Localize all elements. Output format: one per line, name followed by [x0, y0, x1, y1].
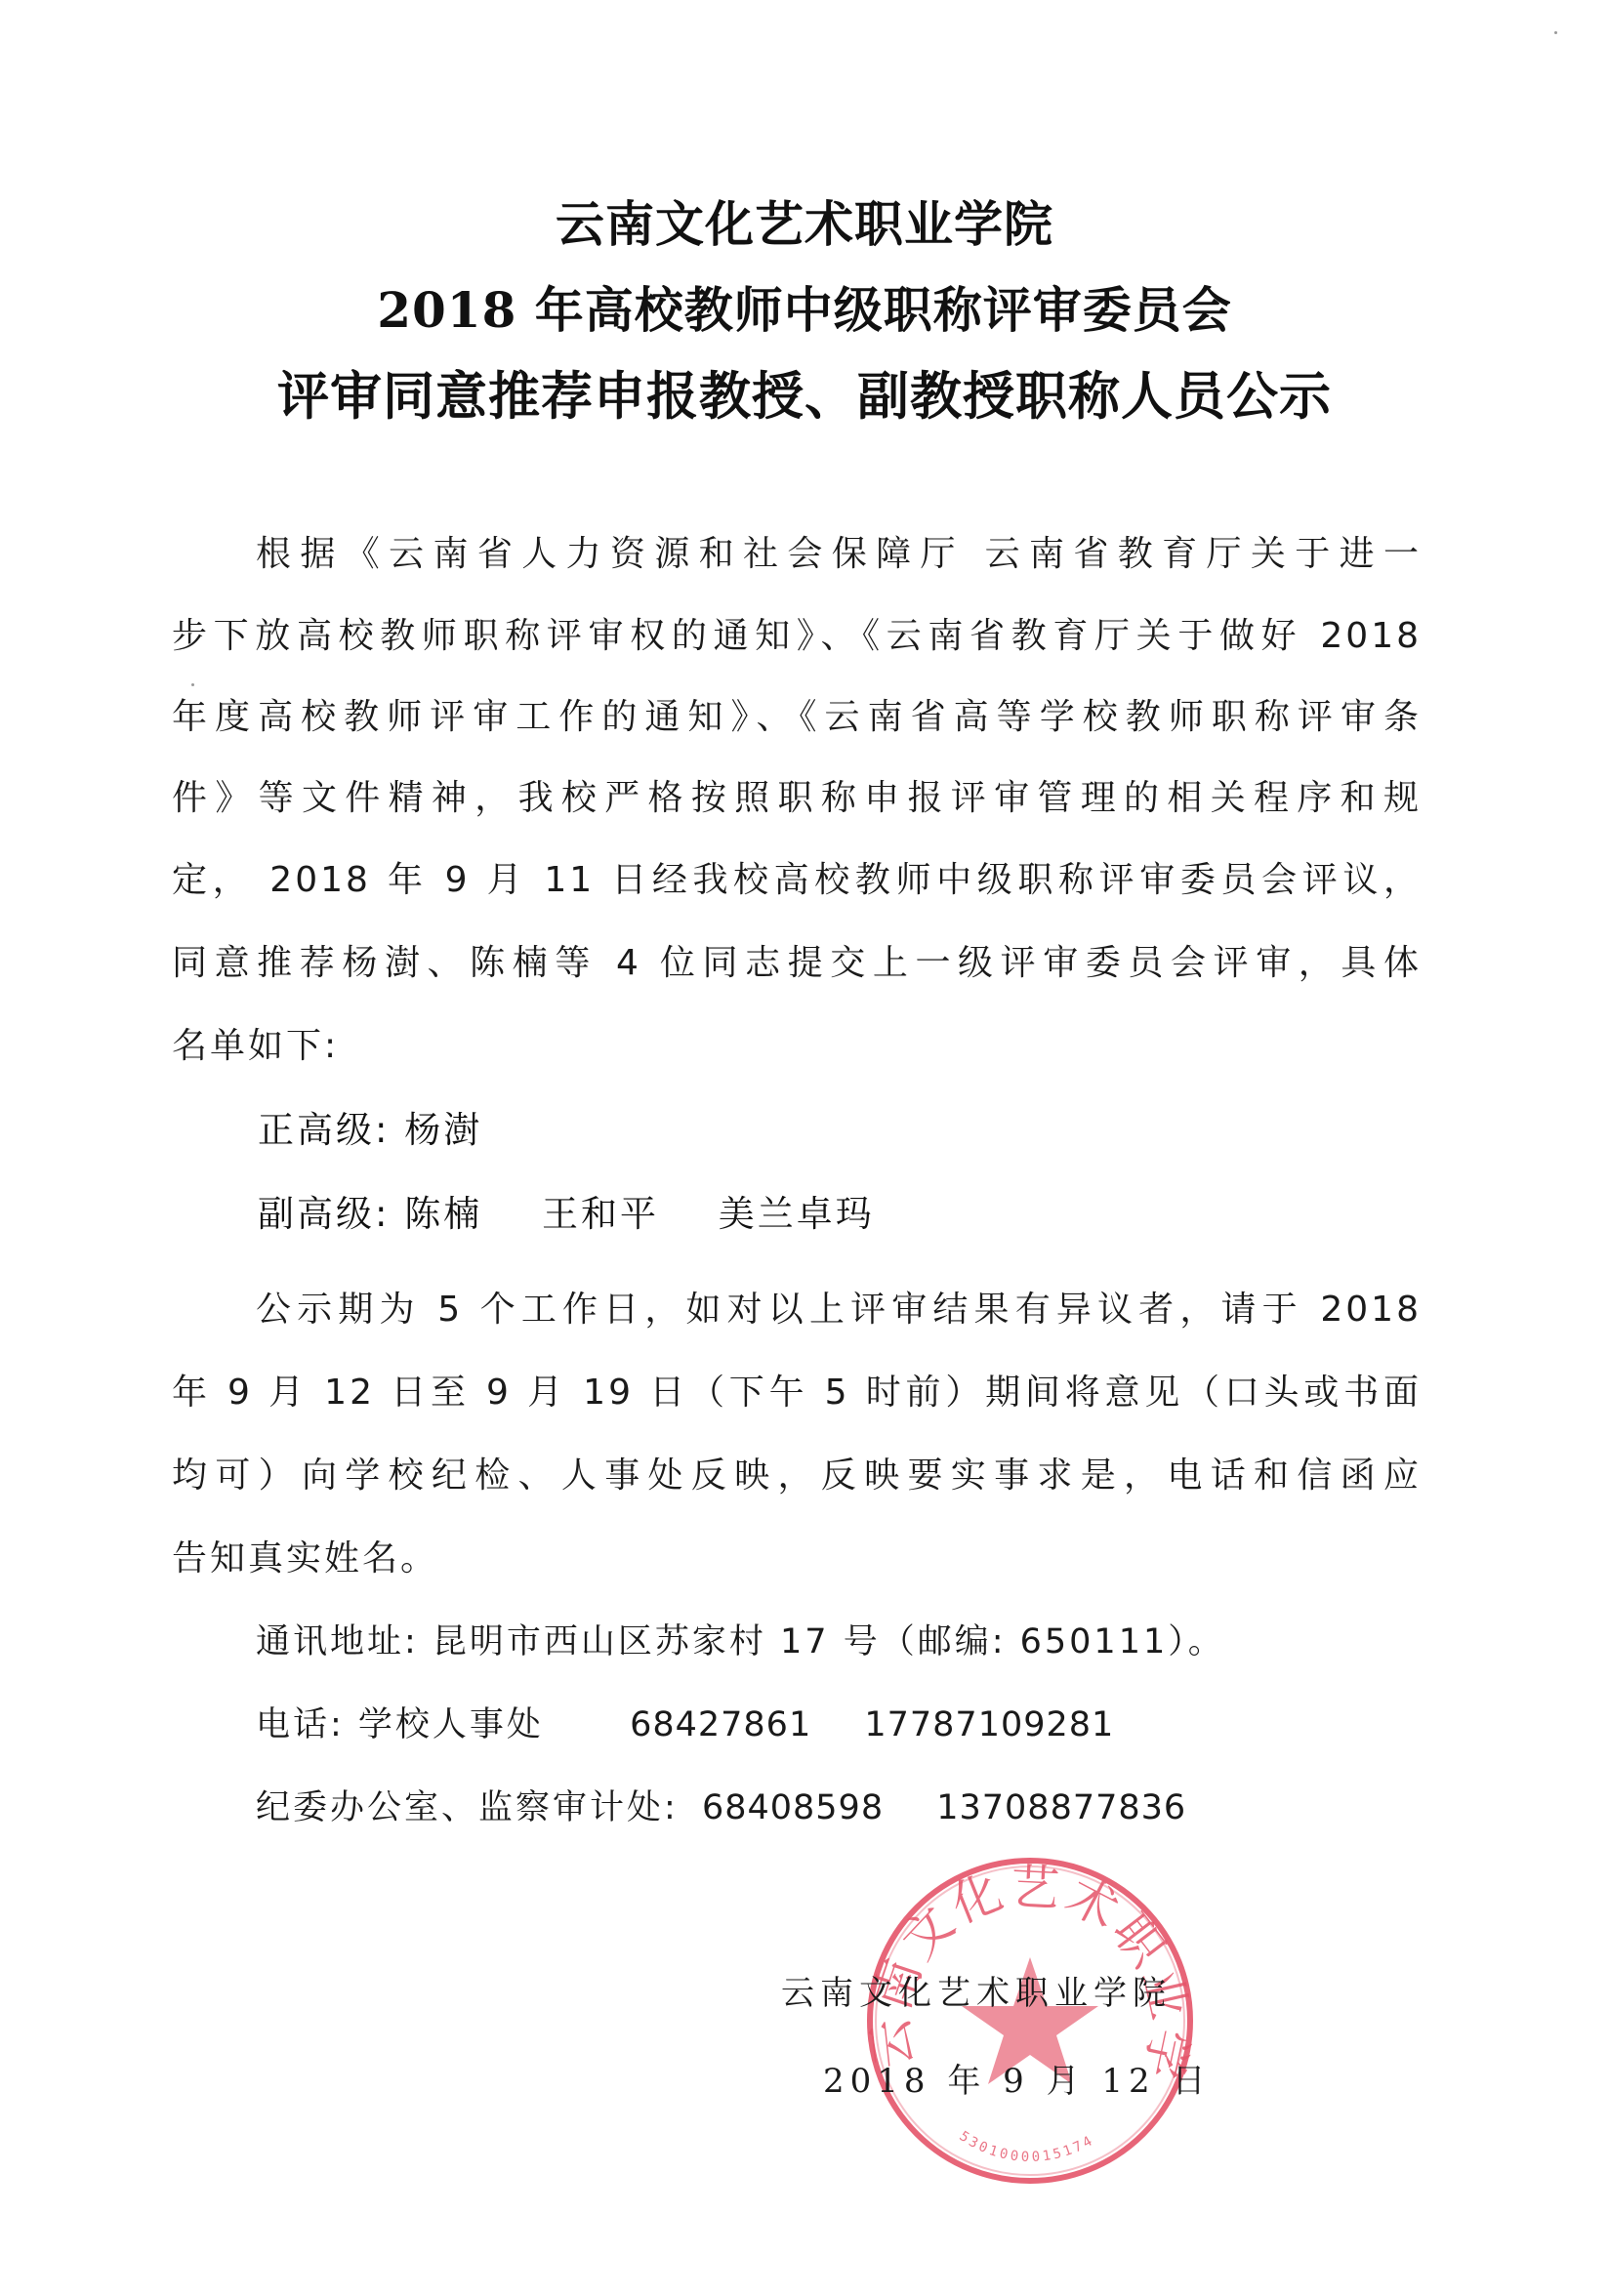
nominee-name: 陈楠	[404, 1193, 482, 1235]
phone-discipline-label: 纪委办公室、监察审计处:	[256, 1788, 679, 1827]
signature-date: 2018 年 9 月 12 日	[823, 2060, 1211, 2103]
seal-bottom-code: 5301000015174	[957, 2128, 1098, 2165]
senior-names: 杨澍	[404, 1109, 527, 1151]
phone-hr-label: 电话: 学校人事处	[256, 1705, 544, 1744]
paragraph2-line-1: 公示期为 5 个工作日，如对以上评审结果有异议者，请于 2018	[256, 1289, 1422, 1332]
contact-phone-hr: 电话: 学校人事处 68427861 17787109281	[256, 1703, 1114, 1746]
nominee-name: 杨澍	[404, 1109, 482, 1151]
associate-names: 陈楠 王和平 美兰卓玛	[404, 1193, 920, 1235]
contact-phone-discipline: 纪委办公室、监察审计处: 68408598 13708877836	[256, 1786, 1186, 1829]
paragraph1-line-5: 定， 2018 年 9 月 11 日经我校高校教师中级职称评审委员会评议，	[172, 859, 1422, 902]
paragraph1-line-2: 步下放高校教师职称评审权的通知》、《云南省教育厅关于做好 2018	[172, 615, 1422, 658]
scan-speck	[1554, 31, 1557, 34]
paragraph1-line-1: 根据《云南省人力资源和社会保障厅 云南省教育厅关于进一	[256, 533, 1422, 576]
phone-number: 68408598	[702, 1788, 884, 1827]
paragraph2-line-4: 告知真实姓名。	[172, 1537, 1422, 1580]
title-line-1: 云南文化艺术职业学院	[0, 195, 1609, 254]
phone-number: 17787109281	[864, 1705, 1114, 1744]
paragraph1-line-4: 件》等文件精神，我校严格按照职称申报评审管理的相关程序和规	[172, 777, 1422, 820]
phone-number: 68427861	[630, 1705, 811, 1744]
scan-speck	[191, 683, 194, 686]
signature-organization: 云南文化艺术职业学院	[781, 1972, 1172, 2015]
paragraph2-line-2: 年 9 月 12 日至 9 月 19 日（下午 5 时前）期间将意见（口头或书面	[172, 1372, 1422, 1414]
paragraph2-line-3: 均可）向学校纪检、人事处反映，反映要实事求是，电话和信函应	[172, 1455, 1422, 1497]
senior-label: 正高级:	[258, 1109, 390, 1151]
paragraph1-line-3: 年度高校教师评审工作的通知》、《云南省高等学校教师职称评审条	[172, 696, 1422, 739]
official-seal-stamp: 云南文化艺术职业学院 5301000015174	[859, 1850, 1201, 2192]
paragraph1-line-7: 名单如下:	[172, 1025, 1422, 1068]
phone-number: 13708877836	[936, 1788, 1186, 1827]
paragraph1-line-6: 同意推荐杨澍、陈楠等 4 位同志提交上一级评审委员会评审，具体	[172, 942, 1422, 985]
title-line-3: 评审同意推荐申报教授、副教授职称人员公示	[0, 367, 1609, 426]
contact-address: 通讯地址: 昆明市西山区苏家村 17 号（邮编: 650111）。	[256, 1620, 1225, 1663]
associate-label: 副高级:	[258, 1193, 390, 1235]
nominee-name: 美兰卓玛	[719, 1193, 875, 1235]
associate-nominees-row: 副高级: 陈楠 王和平 美兰卓玛	[258, 1193, 920, 1236]
document-page: 云南文化艺术职业学院 2018 年高校教师中级职称评审委员会 评审同意推荐申报教…	[0, 0, 1609, 2296]
nominee-name: 王和平	[542, 1193, 659, 1235]
svg-text:5301000015174: 5301000015174	[957, 2128, 1098, 2165]
title-line-2: 2018 年高校教师中级职称评审委员会	[0, 281, 1609, 340]
senior-nominees-row: 正高级: 杨澍	[258, 1109, 527, 1152]
